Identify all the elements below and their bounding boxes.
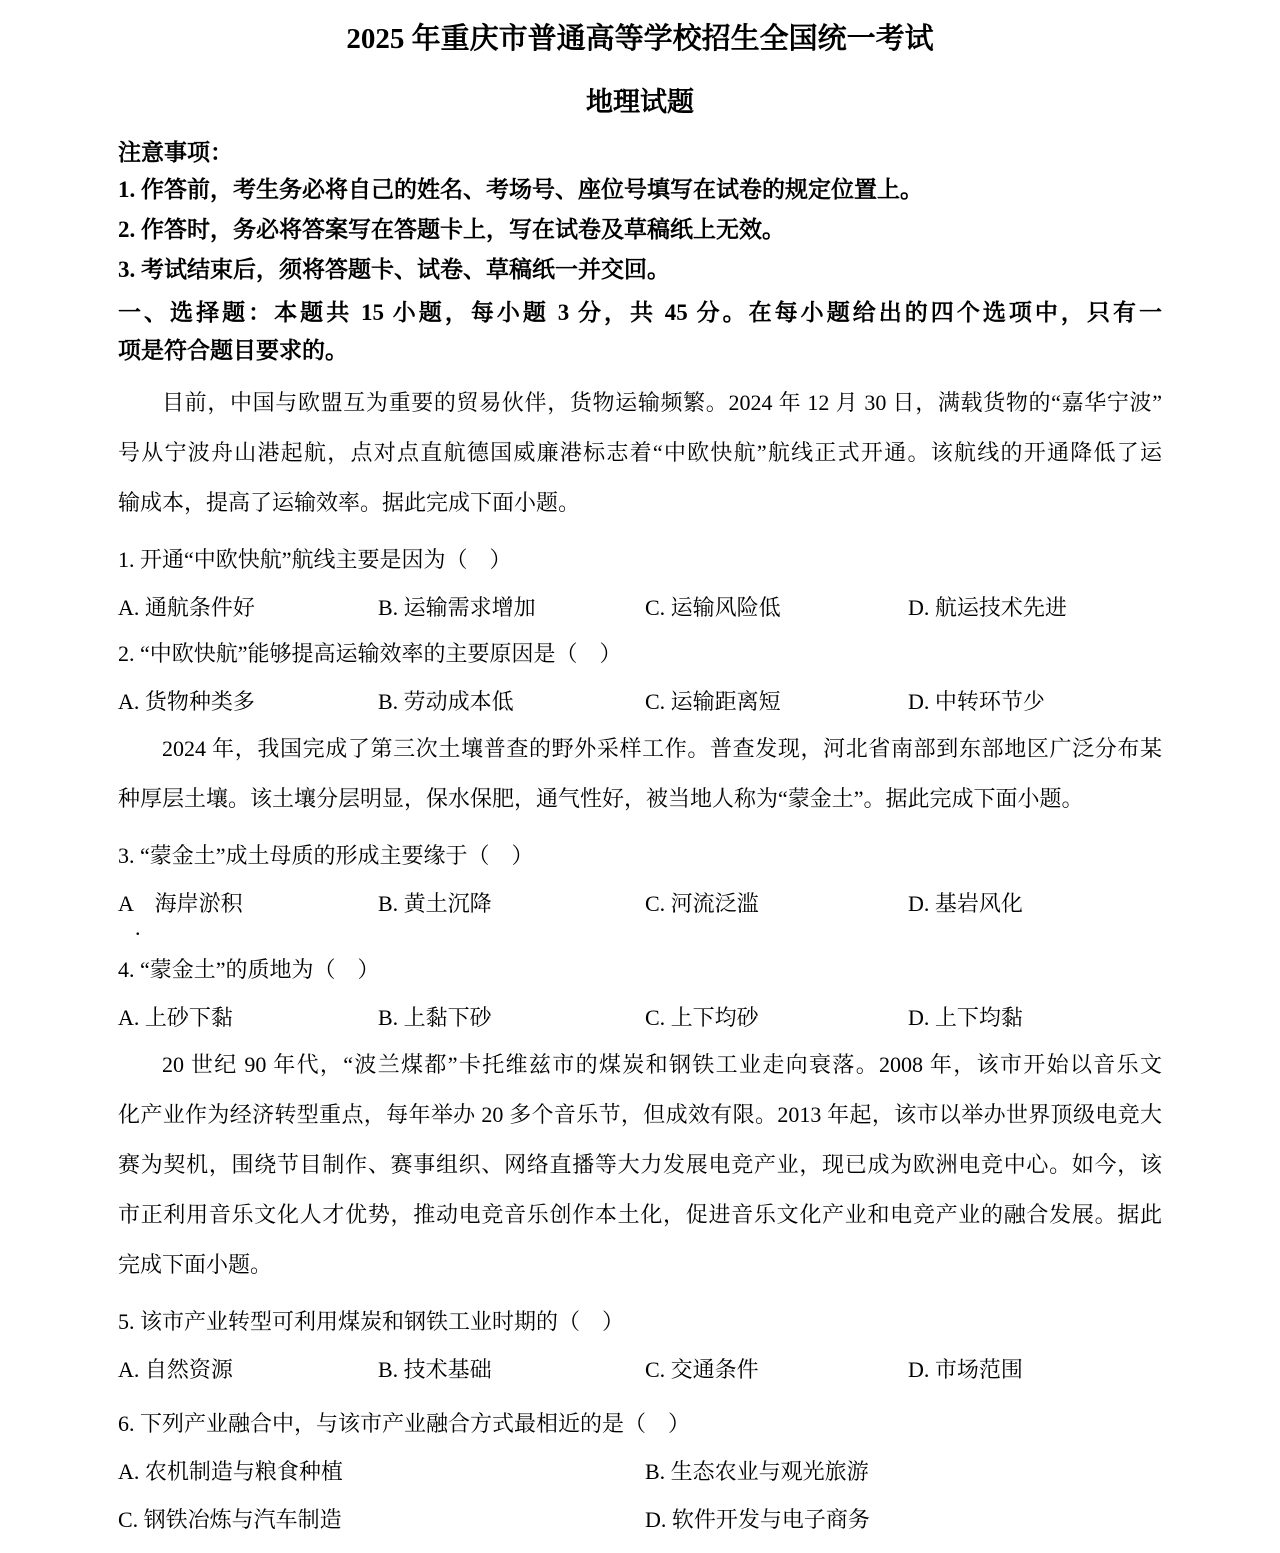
question-3-options: A 海岸淤积 B. 黄土沉降 C. 河流泛滥 D. 基岩风化 [118,890,1162,918]
question-5: 5. 该市产业转型可利用煤炭和钢铁工业时期的（ ） A. 自然资源 B. 技术基… [118,1308,1162,1384]
question-2: 2. “中欧快航”能够提高运输效率的主要原因是（ ） A. 货物种类多 B. 劳… [118,640,1162,716]
option-b: B. 劳动成本低 [378,688,645,716]
passage-line: 完成下面小题。 [118,1240,1162,1290]
question-6-options: A. 农机制造与粮食种植 B. 生态农业与观光旅游 C. 钢铁冶炼与汽车制造 D… [118,1458,1162,1534]
question-3: 3. “蒙金土”成土母质的形成主要缘于（ ） A 海岸淤积 B. 黄土沉降 C.… [118,842,1162,938]
option-b: B. 运输需求增加 [378,594,645,622]
option-c: C. 钢铁冶炼与汽车制造 [118,1506,645,1534]
option-a: A. 货物种类多 [118,688,378,716]
option-c: C. 运输距离短 [645,688,908,716]
option-d: D. 市场范围 [908,1356,1162,1384]
option-c: C. 上下均砂 [645,1004,908,1032]
option-b: B. 上黏下砂 [378,1004,645,1032]
section-header-line-1: 一、选择题：本题共 15 小题，每小题 3 分，共 45 分。在每小题给出的四个… [118,294,1162,332]
notice-heading: 注意事项： [118,136,1162,170]
option-d: D. 基岩风化 [908,890,1162,918]
passage-line: 输成本，提高了运输效率。据此完成下面小题。 [118,478,1162,528]
option-b: B. 生态农业与观光旅游 [645,1458,1162,1486]
notice-item-3: 3. 考试结束后，须将答题卡、试卷、草稿纸一并交回。 [118,250,1162,290]
exam-subject-title: 地理试题 [118,84,1162,120]
passage-1: 目前，中国与欧盟互为重要的贸易伙伴，货物运输频繁。2024 年 12 月 30 … [118,378,1162,528]
passage-line: 化产业作为经济转型重点，每年举办 20 多个音乐节，但成效有限。2013 年起，… [118,1090,1162,1140]
option-a: A. 农机制造与粮食种植 [118,1458,645,1486]
option-b: B. 黄土沉降 [378,890,645,918]
question-4-stem: 4. “蒙金土”的质地为（ ） [118,956,1162,984]
option-d: D. 软件开发与电子商务 [645,1506,1162,1534]
option-c: C. 河流泛滥 [645,890,908,918]
option-d: D. 航运技术先进 [908,594,1162,622]
question-2-stem: 2. “中欧快航”能够提高运输效率的主要原因是（ ） [118,640,1162,668]
question-5-options: A. 自然资源 B. 技术基础 C. 交通条件 D. 市场范围 [118,1356,1162,1384]
passage-line: 目前，中国与欧盟互为重要的贸易伙伴，货物运输频繁。2024 年 12 月 30 … [118,378,1162,428]
option-c: C. 交通条件 [645,1356,908,1384]
stray-period-mark: . [118,918,1162,938]
passage-line: 赛为契机，围绕节目制作、赛事组织、网络直播等大力发展电竞产业，现已成为欧洲电竞中… [118,1140,1162,1190]
passage-line: 2024 年，我国完成了第三次土壤普查的野外采样工作。普查发现，河北省南部到东部… [118,724,1162,774]
passage-line: 市正利用音乐文化人才优势，推动电竞音乐创作本土化，促进音乐文化产业和电竞产业的融… [118,1190,1162,1240]
section-header: 一、选择题：本题共 15 小题，每小题 3 分，共 45 分。在每小题给出的四个… [118,294,1162,370]
question-4: 4. “蒙金土”的质地为（ ） A. 上砂下黏 B. 上黏下砂 C. 上下均砂 … [118,956,1162,1032]
option-c: C. 运输风险低 [645,594,908,622]
notice-section: 注意事项： 1. 作答前，考生务必将自己的姓名、考场号、座位号填写在试卷的规定位… [118,136,1162,290]
passage-3: 20 世纪 90 年代，“波兰煤都”卡托维兹市的煤炭和钢铁工业走向衰落。2008… [118,1040,1162,1290]
option-d: D. 中转环节少 [908,688,1162,716]
notice-item-2: 2. 作答时，务必将答案写在答题卡上，写在试卷及草稿纸上无效。 [118,210,1162,250]
section-header-line-2: 项是符合题目要求的。 [118,332,1162,370]
notice-item-1: 1. 作答前，考生务必将自己的姓名、考场号、座位号填写在试卷的规定位置上。 [118,170,1162,210]
option-d: D. 上下均黏 [908,1004,1162,1032]
option-a: A. 上砂下黏 [118,1004,378,1032]
option-a: A 海岸淤积 [118,890,378,918]
question-1: 1. 开通“中欧快航”航线主要是因为（ ） A. 通航条件好 B. 运输需求增加… [118,546,1162,622]
exam-title: 2025 年重庆市普通高等学校招生全国统一考试 [118,20,1162,58]
passage-line: 20 世纪 90 年代，“波兰煤都”卡托维兹市的煤炭和钢铁工业走向衰落。2008… [118,1040,1162,1090]
option-a: A. 通航条件好 [118,594,378,622]
option-b: B. 技术基础 [378,1356,645,1384]
option-a: A. 自然资源 [118,1356,378,1384]
passage-2: 2024 年，我国完成了第三次土壤普查的野外采样工作。普查发现，河北省南部到东部… [118,724,1162,824]
question-1-options: A. 通航条件好 B. 运输需求增加 C. 运输风险低 D. 航运技术先进 [118,594,1162,622]
question-6-stem: 6. 下列产业融合中，与该市产业融合方式最相近的是（ ） [118,1410,1162,1438]
question-6: 6. 下列产业融合中，与该市产业融合方式最相近的是（ ） A. 农机制造与粮食种… [118,1410,1162,1534]
exam-paper-page: 2025 年重庆市普通高等学校招生全国统一考试 地理试题 注意事项： 1. 作答… [0,0,1280,1553]
question-1-stem: 1. 开通“中欧快航”航线主要是因为（ ） [118,546,1162,574]
passage-line: 号从宁波舟山港起航，点对点直航德国威廉港标志着“中欧快航”航线正式开通。该航线的… [118,428,1162,478]
question-4-options: A. 上砂下黏 B. 上黏下砂 C. 上下均砂 D. 上下均黏 [118,1004,1162,1032]
question-3-stem: 3. “蒙金土”成土母质的形成主要缘于（ ） [118,842,1162,870]
question-2-options: A. 货物种类多 B. 劳动成本低 C. 运输距离短 D. 中转环节少 [118,688,1162,716]
passage-line: 种厚层土壤。该土壤分层明显，保水保肥，通气性好，被当地人称为“蒙金土”。据此完成… [118,774,1162,824]
question-5-stem: 5. 该市产业转型可利用煤炭和钢铁工业时期的（ ） [118,1308,1162,1336]
